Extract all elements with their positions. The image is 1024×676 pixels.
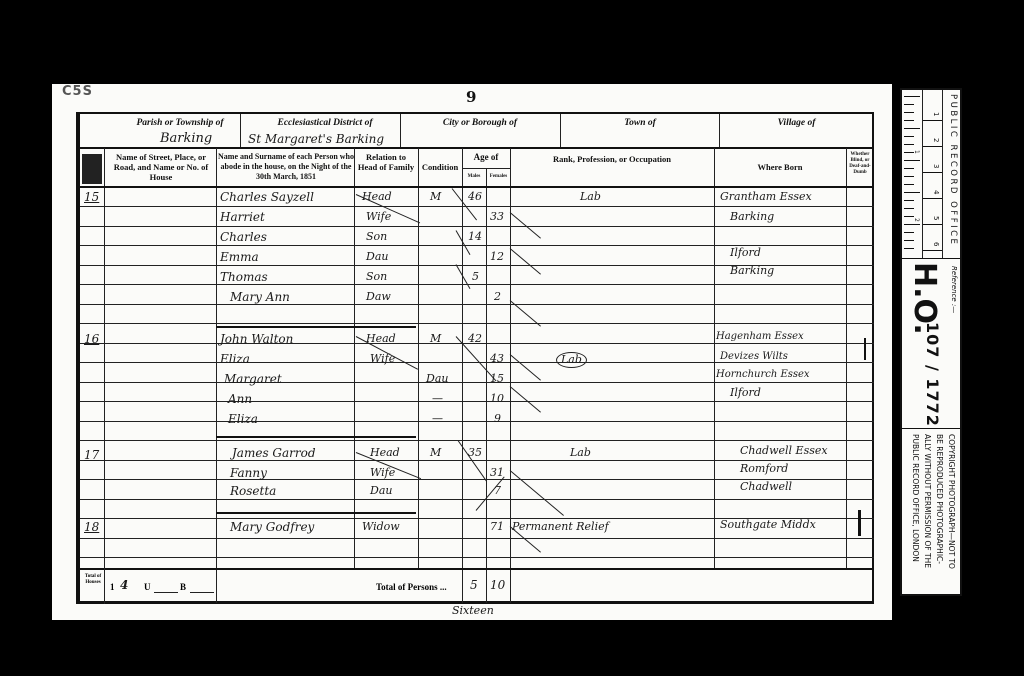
person-name: Margaret — [224, 372, 282, 386]
relation: Son — [366, 270, 387, 284]
person-name: Charles — [220, 230, 267, 244]
birthplace: Hagenham Essex — [716, 330, 804, 344]
footer-scribble: Sixteen — [452, 604, 494, 618]
ruled-line — [80, 323, 874, 324]
relation-header: Relation to Head of Family — [356, 152, 416, 172]
condition: M — [430, 446, 441, 460]
birthplace: Southgate Middx — [720, 518, 816, 532]
total-persons-label: Total of Persons ... — [376, 582, 447, 592]
birthplace: Chadwell Essex — [740, 444, 828, 458]
copyright-line: COPYRIGHT PHOTOGRAPH—NOT TO — [947, 434, 956, 569]
margin-mark — [858, 510, 861, 536]
uninhabited-label: U — [144, 582, 151, 592]
condition: Dau — [426, 372, 448, 386]
condition-header: Condition — [418, 162, 462, 172]
condition: — — [432, 412, 443, 426]
parish-value: Barking — [160, 132, 212, 146]
houses-total: 4 — [120, 578, 128, 592]
person-name: Charles Sayzell — [220, 190, 314, 204]
person-name: James Garrod — [232, 446, 316, 460]
person-name: Thomas — [220, 270, 268, 284]
relation: Head — [370, 446, 400, 460]
ruled-line — [80, 401, 874, 402]
ruled-line — [80, 538, 874, 539]
birthplace: Hornchurch Essex — [716, 368, 810, 382]
birthplace: Romford — [740, 462, 788, 476]
ruled-line — [80, 440, 874, 441]
age-female: 33 — [490, 210, 504, 224]
person-name: Mary Godfrey — [230, 520, 314, 534]
birthplace: Ilford — [730, 386, 761, 400]
occupation: Lab — [580, 190, 601, 204]
age-female: 71 — [490, 520, 504, 534]
birthplace: Chadwell — [740, 480, 792, 494]
relation: Dau — [366, 250, 388, 264]
birthplace: Barking — [730, 264, 774, 278]
census-form: Parish or Township of Barking Ecclesiast… — [76, 112, 874, 604]
city-label: City or Borough of — [400, 118, 560, 128]
person-name: Harriet — [220, 210, 265, 224]
census-page: C5S 9 Parish or Township of Barking Eccl… — [52, 84, 892, 620]
blind-header: Whether Blind, or Deaf-and-Dumb — [847, 152, 873, 176]
birthplace: Barking — [730, 210, 774, 224]
person-name: Eliza — [228, 412, 258, 426]
ruled-line — [80, 499, 874, 500]
ruled-line — [80, 206, 874, 207]
females-header: Females — [487, 174, 510, 180]
copyright-line: BE REPRODUCED PHOTOGRAPHIC- — [935, 434, 944, 564]
age-female: 15 — [490, 372, 504, 386]
schedule-16: 16 — [84, 332, 99, 346]
name-header: Name and Surname of each Person who abod… — [218, 152, 354, 182]
schedule-header — [82, 154, 102, 184]
age-female: 2 — [494, 290, 501, 304]
ruled-line — [80, 421, 874, 422]
occupation-header: Rank, Profession, or Occupation — [510, 154, 714, 164]
town-label: Town of — [560, 118, 720, 128]
page-number: 9 — [466, 88, 476, 106]
birthplace: Devizes Wilts — [720, 350, 788, 364]
total-houses-label: Total of Houses — [82, 574, 104, 586]
relation: Head — [362, 190, 392, 204]
relation: Wife — [370, 466, 395, 480]
ruled-line — [80, 557, 874, 558]
born-header: Where Born — [714, 162, 846, 172]
birthplace: Grantham Essex — [720, 190, 812, 204]
relation: Son — [366, 230, 387, 244]
ruled-line — [80, 226, 874, 227]
corner-stamp: C5S — [62, 84, 93, 99]
age-male: 42 — [468, 332, 482, 346]
building-label: B — [180, 582, 186, 592]
age-female: 43 — [490, 352, 504, 366]
ruled-line — [80, 284, 874, 285]
village-label: Village of — [719, 118, 874, 128]
person-name: Mary Ann — [230, 290, 290, 304]
condition: M — [430, 332, 441, 346]
males-total: 5 — [470, 578, 478, 592]
schedule-15: 15 — [84, 190, 99, 204]
houses-prefix: 1 — [110, 582, 115, 592]
condition: M — [430, 190, 441, 204]
occupation: Permanent Relief — [512, 520, 609, 534]
copyright-line: ALLY WITHOUT PERMISSION OF THE — [923, 434, 932, 568]
age-male: 5 — [472, 270, 479, 284]
age-female: 10 — [490, 392, 504, 406]
age-female: 12 — [490, 250, 504, 264]
birthplace: Ilford — [730, 246, 761, 260]
person-name: Fanny — [230, 466, 267, 480]
person-name: Eliza — [220, 352, 250, 366]
ruled-line — [80, 304, 874, 305]
age-male: 14 — [468, 230, 482, 244]
copyright-line: PUBLIC RECORD OFFICE, LONDON — [911, 434, 920, 562]
females-total: 10 — [490, 578, 505, 592]
person-name: Ann — [228, 392, 252, 406]
age-male: 46 — [468, 190, 482, 204]
males-header: Males — [463, 174, 485, 180]
schedule-18: 18 — [84, 520, 99, 534]
person-name: Rosetta — [230, 484, 276, 498]
occupation: Lab — [556, 352, 587, 368]
eccl-value: St Margaret's Barking — [248, 132, 384, 146]
relation: Wife — [366, 210, 391, 224]
person-name: Emma — [220, 250, 259, 264]
schedule-17: 17 — [84, 448, 99, 462]
age-female: 9 — [494, 412, 501, 426]
occupation: Lab — [570, 446, 591, 460]
eccl-label: Ecclesiastical District of — [240, 118, 410, 128]
relation: Widow — [362, 520, 400, 534]
relation: Dau — [370, 484, 392, 498]
relation: Daw — [366, 290, 391, 304]
record-office-label: PUBLIC RECORD OFFICE 1 2 3 4 5 6 1 2 Ref… — [900, 88, 962, 596]
margin-mark — [864, 338, 866, 360]
parish-label: Parish or Township of — [120, 118, 240, 128]
person-name: John Walton — [220, 332, 293, 346]
age-header: Age of — [462, 152, 510, 162]
condition: — — [432, 392, 443, 406]
street-header: Name of Street, Place, or Road, and Name… — [106, 152, 216, 182]
